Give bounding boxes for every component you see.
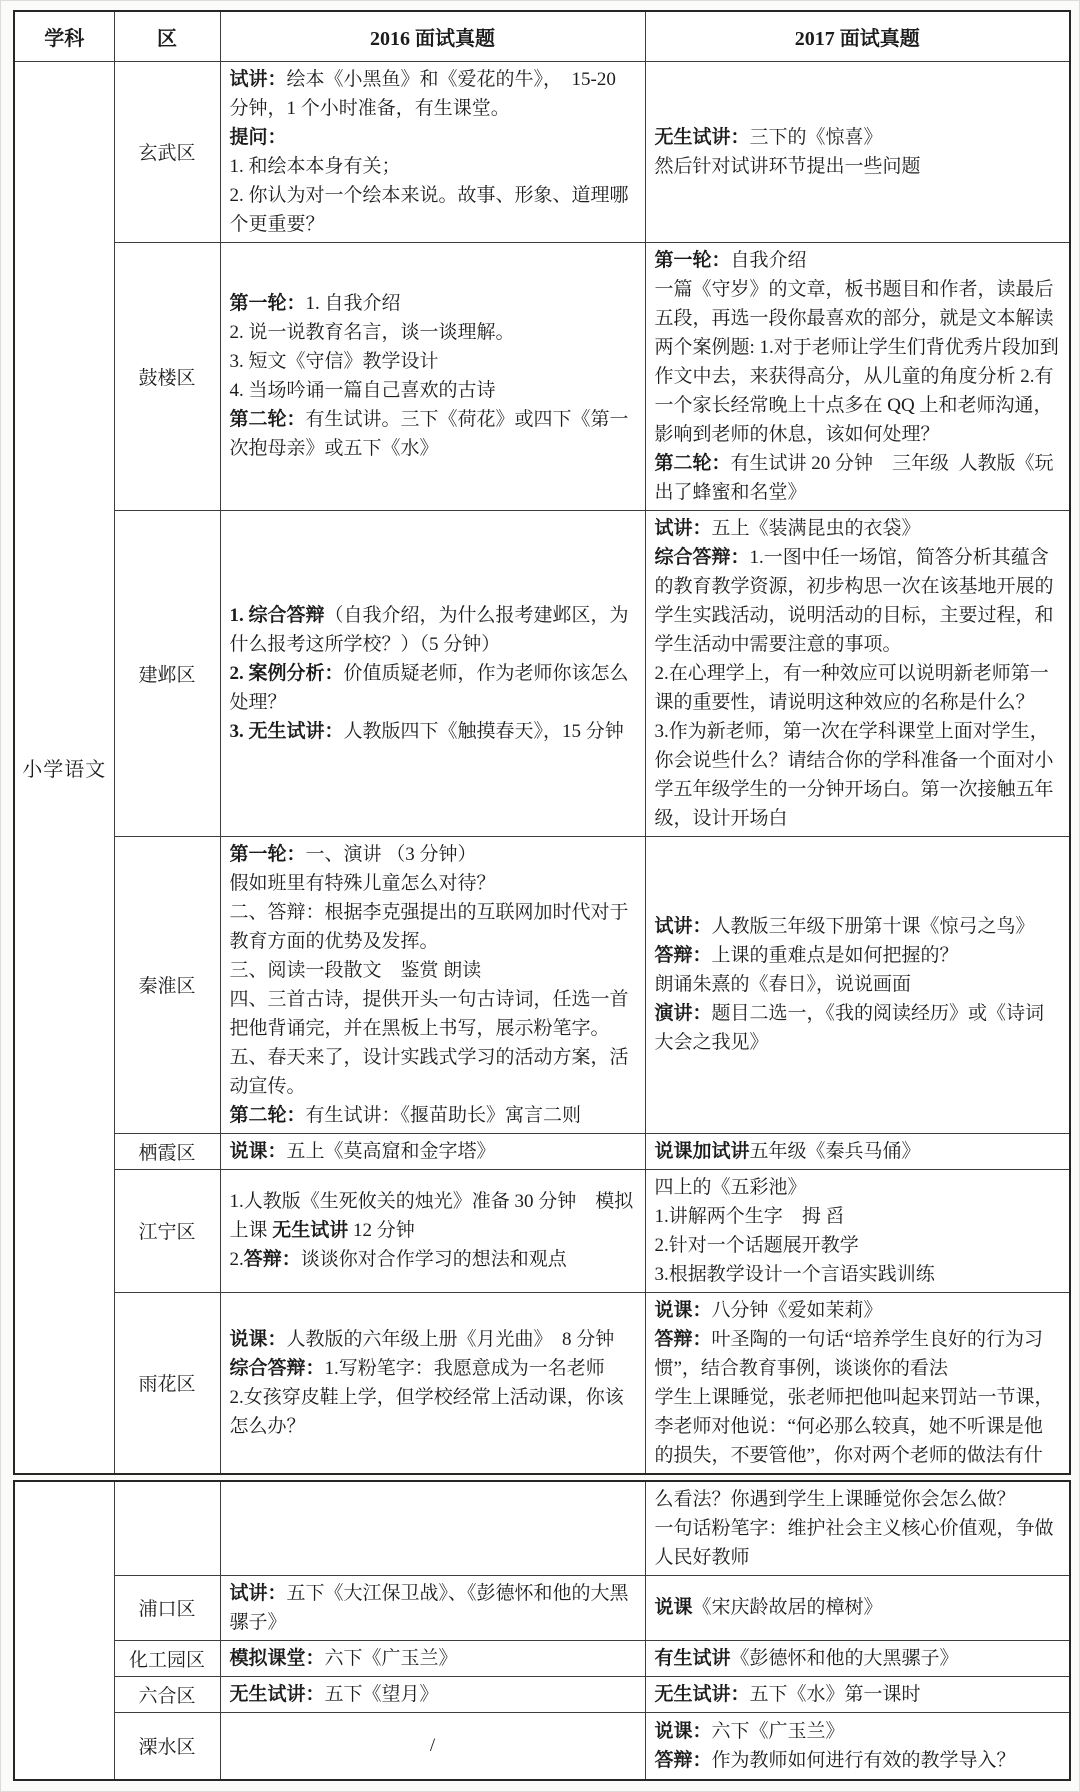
question-text: 五、春天来了，设计实践式学习的活动方案，活动宣传。 xyxy=(230,1047,629,1097)
question-text: 2. 你认为对一个绘本来说。故事、形象、道理哪个更重要？ xyxy=(230,185,629,235)
header-row: 学科 区 2016 面试真题 2017 面试真题 xyxy=(14,11,1070,61)
question-paragraph: 3. 无生试讲：人教版四下《触摸春天》，15 分钟 xyxy=(230,717,636,746)
question-paragraph: 1. 综合答辩（自我介绍，为什么报考建邺区，为什么报考这所学校？）（5 分钟） xyxy=(230,601,636,659)
interview-questions-table-continuation: 么看法？你遇到学生上课睡觉你会怎么做？一句话粉笔字：维护社会主义核心价值观，争做… xyxy=(13,1480,1071,1782)
question-paragraph: 试讲：五下《大江保卫战》、《彭德怀和他的大黑骡子》 xyxy=(230,1579,636,1637)
question-label: 试讲： xyxy=(230,1583,287,1604)
question-text: 六下《广玉兰》 xyxy=(712,1721,845,1742)
question-text: 作为教师如何进行有效的教学导入？ xyxy=(712,1750,1016,1771)
question-label: 答辩： xyxy=(244,1249,301,1270)
question-cell-2017: 说课：六下《广玉兰》答辩：作为教师如何进行有效的教学导入？ xyxy=(645,1712,1070,1780)
question-text: 四上的《五彩池》 xyxy=(655,1177,807,1198)
question-label: 说课： xyxy=(655,1300,712,1321)
question-paragraph: 第二轮：有生试讲：《揠苗助长》寓言二则 xyxy=(230,1101,636,1130)
question-paragraph: 四上的《五彩池》 xyxy=(655,1173,1061,1202)
question-label: 第二轮： xyxy=(655,453,731,474)
question-paragraph: 第一轮：自我介绍 xyxy=(655,246,1061,275)
question-paragraph: 朗诵朱熹的《春日》，说说画面 xyxy=(655,970,1061,999)
question-label: 无生试讲： xyxy=(655,127,750,148)
question-text: 绘本《小黑鱼》和《爱花的牛》， 15-20 分钟，1 个小时准备，有生课堂。 xyxy=(230,69,621,119)
district-cell: 江宁区 xyxy=(114,1169,220,1292)
question-cell-2016: 模拟课堂：六下《广玉兰》 xyxy=(220,1640,645,1676)
question-paragraph: 2.在心理学上，有一种效应可以说明新老师第一课的重要性，请说明这种效应的名称是什… xyxy=(655,659,1061,717)
question-cell-2016: 说课：人教版的六年级上册《月光曲》 8 分钟综合答辩：1.写粉笔字：我愿意成为一… xyxy=(220,1292,645,1474)
question-cell-2016: 无生试讲：五下《望月》 xyxy=(220,1676,645,1712)
question-label: 有生试讲 xyxy=(655,1648,731,1669)
question-paragraph: 综合答辩：1.一图中任一场馆，简答分析其蕴含的教育教学资源，初步构思一次在该基地… xyxy=(655,543,1061,659)
question-text: 五下《望月》 xyxy=(325,1684,439,1705)
question-label: 说课： xyxy=(230,1329,287,1350)
question-paragraph: 说课：八分钟《爱如茉莉》 xyxy=(655,1296,1061,1325)
question-paragraph: 一句话粉笔字：维护社会主义核心价值观，争做人民好教师 xyxy=(655,1514,1061,1572)
question-paragraph: 提问： xyxy=(230,123,636,152)
question-paragraph: 无生试讲：三下的《惊喜》 xyxy=(655,123,1061,152)
question-paragraph: 试讲：人教版三年级下册第十课《惊弓之鸟》 xyxy=(655,912,1061,941)
question-paragraph: 说课：人教版的六年级上册《月光曲》 8 分钟 xyxy=(230,1325,636,1354)
question-paragraph: 2. 案例分析：价值质疑老师，作为老师你该怎么处理？ xyxy=(230,659,636,717)
question-label: 说课 xyxy=(655,1597,693,1618)
question-text: 《彭德怀和他的大黑骡子》 xyxy=(731,1648,959,1669)
question-paragraph: 第一轮：1. 自我介绍 xyxy=(230,289,636,318)
question-text: 有生试讲：《揠苗助长》寓言二则 xyxy=(306,1105,582,1126)
district-cell: 溧水区 xyxy=(114,1712,220,1780)
question-label: 3. 无生试讲： xyxy=(230,721,344,742)
header-2016-questions: 2016 面试真题 xyxy=(220,11,645,61)
question-paragraph: 模拟课堂：六下《广玉兰》 xyxy=(230,1644,636,1673)
question-paragraph: 3.根据教学设计一个言语实践训练 xyxy=(655,1260,1061,1289)
question-paragraph: 演讲：题目二选一，《我的阅读经历》或《诗词大会之我见》 xyxy=(655,999,1061,1057)
question-paragraph: 么看法？你遇到学生上课睡觉你会怎么做？ xyxy=(655,1485,1061,1514)
question-label: 第二轮： xyxy=(230,1105,306,1126)
question-label: 演讲： xyxy=(655,1003,712,1024)
question-paragraph: 综合答辩：1.写粉笔字：我愿意成为一名老师 xyxy=(230,1354,636,1383)
question-paragraph: / xyxy=(230,1731,636,1760)
question-cell-2017: 试讲：人教版三年级下册第十课《惊弓之鸟》答辩：上课的重难点是如何把握的？朗诵朱熹… xyxy=(645,836,1070,1133)
question-paragraph: 学生上课睡觉，张老师把他叫起来罚站一节课，李老师对他说：“何必那么较真，她不听课… xyxy=(655,1383,1061,1470)
question-text: 四、三首古诗，提供开头一句古诗词，任选一首把他背诵完，并在黑板上书写，展示粉笔字… xyxy=(230,989,629,1039)
question-cell-2017: 无生试讲：三下的《惊喜》然后针对试讲环节提出一些问题 xyxy=(645,61,1070,242)
question-label: 第一轮： xyxy=(230,293,306,314)
scanned-document-page: 学科 区 2016 面试真题 2017 面试真题 小学语文玄武区试讲：绘本《小黑… xyxy=(0,0,1080,1792)
table-row: 鼓楼区第一轮：1. 自我介绍2. 说一说教育名言，谈一谈理解。3. 短文《守信》… xyxy=(14,242,1070,510)
question-text: 一篇《守岁》的文章，板书题目和作者，读最后五段，再选一段你最喜欢的部分，就是文本… xyxy=(655,279,1071,445)
question-paragraph: 3.作为新老师，第一次在学科课堂上面对学生，你会说些什么？请结合你的学科准备一个… xyxy=(655,717,1061,833)
question-text: / xyxy=(430,1735,435,1756)
question-paragraph: 2.答辩：谈谈你对合作学习的想法和观点 xyxy=(230,1245,636,1274)
question-paragraph: 一篇《守岁》的文章，板书题目和作者，读最后五段，再选一段你最喜欢的部分，就是文本… xyxy=(655,275,1061,449)
question-text: 三下的《惊喜》 xyxy=(750,127,883,148)
question-text: 1.写粉笔字：我愿意成为一名老师 xyxy=(325,1358,605,1379)
table-row: 么看法？你遇到学生上课睡觉你会怎么做？一句话粉笔字：维护社会主义核心价值观，争做… xyxy=(14,1481,1070,1576)
question-paragraph: 试讲：绘本《小黑鱼》和《爱花的牛》， 15-20 分钟，1 个小时准备，有生课堂… xyxy=(230,65,636,123)
question-text: 12 分钟 xyxy=(348,1220,415,1241)
table-row: 栖霞区说课：五上《莫高窟和金字塔》说课加试讲五年级《秦兵马俑》 xyxy=(14,1133,1070,1169)
question-label: 综合答辩： xyxy=(655,547,750,568)
question-paragraph: 第二轮：有生试讲。三下《荷花》或四下《第一次抱母亲》或五下《水》 xyxy=(230,405,636,463)
table-row: 浦口区试讲：五下《大江保卫战》、《彭德怀和他的大黑骡子》说课《宋庆龄故居的樟树》 xyxy=(14,1575,1070,1640)
question-text: 五下《大江保卫战》、《彭德怀和他的大黑骡子》 xyxy=(230,1583,629,1633)
question-label: 第二轮： xyxy=(230,409,306,430)
question-cell-2016: 试讲：五下《大江保卫战》、《彭德怀和他的大黑骡子》 xyxy=(220,1575,645,1640)
question-paragraph: 三、阅读一段散文 鉴赏 朗读 xyxy=(230,956,636,985)
question-paragraph: 4. 当场吟诵一篇自己喜欢的古诗 xyxy=(230,376,636,405)
question-label: 试讲： xyxy=(655,916,712,937)
question-label: 试讲： xyxy=(230,69,287,90)
question-paragraph: 答辩：作为教师如何进行有效的教学导入？ xyxy=(655,1746,1061,1775)
question-text: 2. xyxy=(230,1249,244,1270)
question-paragraph: 1.讲解两个生字 拇 舀 xyxy=(655,1202,1061,1231)
question-text: 二、答辩：根据李克强提出的互联网加时代对于教育方面的优势及发挥。 xyxy=(230,902,629,952)
question-cell-2017: 四上的《五彩池》1.讲解两个生字 拇 舀2.针对一个话题展开教学3.根据教学设计… xyxy=(645,1169,1070,1292)
table-row: 化工园区模拟课堂：六下《广玉兰》有生试讲《彭德怀和他的大黑骡子》 xyxy=(14,1640,1070,1676)
question-cell-2017: 第一轮：自我介绍一篇《守岁》的文章，板书题目和作者，读最后五段，再选一段你最喜欢… xyxy=(645,242,1070,510)
question-text: 然后针对试讲环节提出一些问题 xyxy=(655,156,921,177)
question-cell-2016: 第一轮：1. 自我介绍2. 说一说教育名言，谈一谈理解。3. 短文《守信》教学设… xyxy=(220,242,645,510)
question-paragraph: 3. 短文《守信》教学设计 xyxy=(230,347,636,376)
table-row: 建邺区1. 综合答辩（自我介绍，为什么报考建邺区，为什么报考这所学校？）（5 分… xyxy=(14,510,1070,836)
question-cell-2017: 说课加试讲五年级《秦兵马俑》 xyxy=(645,1133,1070,1169)
question-text: 朗诵朱熹的《春日》，说说画面 xyxy=(655,974,912,995)
question-text: 五上《莫高窟和金字塔》 xyxy=(287,1141,496,1162)
question-text: 3. 短文《守信》教学设计 xyxy=(230,351,439,372)
question-label: 1. 综合答辩 xyxy=(230,605,325,626)
question-text: 一、演讲 （3 分钟） xyxy=(306,844,477,865)
question-paragraph: 无生试讲：五下《水》第一课时 xyxy=(655,1680,1061,1709)
table-header: 学科 区 2016 面试真题 2017 面试真题 xyxy=(14,11,1070,61)
question-text: 学生上课睡觉，张老师把他叫起来罚站一节课，李老师对他说：“何必那么较真，她不听课… xyxy=(655,1387,1054,1466)
question-text: 假如班里有特殊儿童怎么对待？ xyxy=(230,873,496,894)
question-text: 2.针对一个话题展开教学 xyxy=(655,1235,859,1256)
question-text: 六下《广玉兰》 xyxy=(325,1648,458,1669)
question-paragraph: 二、答辩：根据李克强提出的互联网加时代对于教育方面的优势及发挥。 xyxy=(230,898,636,956)
question-paragraph: 第一轮：一、演讲 （3 分钟） xyxy=(230,840,636,869)
question-text: 五年级《秦兵马俑》 xyxy=(750,1141,921,1162)
question-label: 答辩： xyxy=(655,1750,712,1771)
question-paragraph: 说课：六下《广玉兰》 xyxy=(655,1717,1061,1746)
question-paragraph: 无生试讲：五下《望月》 xyxy=(230,1680,636,1709)
question-text: 1. 和绘本本身有关； xyxy=(230,156,401,177)
question-paragraph: 有生试讲《彭德怀和他的大黑骡子》 xyxy=(655,1644,1061,1673)
question-text: 一句话粉笔字：维护社会主义核心价值观，争做人民好教师 xyxy=(655,1518,1054,1568)
question-text: 叶圣陶的一句话“培养学生良好的行为习惯”，结合教育事例，谈谈你的看法 xyxy=(655,1329,1043,1379)
district-cell: 雨花区 xyxy=(114,1292,220,1474)
table-body-primary: 小学语文玄武区试讲：绘本《小黑鱼》和《爱花的牛》， 15-20 分钟，1 个小时… xyxy=(14,61,1070,1474)
header-district: 区 xyxy=(114,11,220,61)
question-cell-2017: 试讲：五上《装满昆虫的衣袋》综合答辩：1.一图中任一场馆，简答分析其蕴含的教育教… xyxy=(645,510,1070,836)
question-label: 说课： xyxy=(655,1721,712,1742)
question-label: 无生试讲 xyxy=(272,1220,348,1241)
question-text: 2.女孩穿皮鞋上学，但学校经常上活动课，你该怎么办？ xyxy=(230,1387,624,1437)
question-label: 无生试讲： xyxy=(230,1684,325,1705)
district-cell: 建邺区 xyxy=(114,510,220,836)
question-paragraph: 2. 说一说教育名言，谈一谈理解。 xyxy=(230,318,636,347)
district-cell: 秦淮区 xyxy=(114,836,220,1133)
question-cell-2017: 说课：八分钟《爱如茉莉》答辩：叶圣陶的一句话“培养学生良好的行为习惯”，结合教育… xyxy=(645,1292,1070,1474)
question-text: 八分钟《爱如茉莉》 xyxy=(712,1300,883,1321)
question-paragraph: 说课加试讲五年级《秦兵马俑》 xyxy=(655,1137,1061,1166)
question-paragraph: 第二轮：有生试讲 20 分钟 三年级 人教版《玩出了蜂蜜和名堂》 xyxy=(655,449,1061,507)
question-paragraph: 假如班里有特殊儿童怎么对待？ xyxy=(230,869,636,898)
question-text: 么看法？你遇到学生上课睡觉你会怎么做？ xyxy=(655,1489,1016,1510)
question-text: 1.讲解两个生字 拇 舀 xyxy=(655,1206,845,1227)
district-cell: 玄武区 xyxy=(114,61,220,242)
question-paragraph: 1. 和绘本本身有关； xyxy=(230,152,636,181)
question-label: 答辩： xyxy=(655,945,712,966)
question-text: 3.根据教学设计一个言语实践训练 xyxy=(655,1264,935,1285)
table-row: 江宁区1.人教版《生死攸关的烛光》准备 30 分钟 模拟上课 无生试讲 12 分… xyxy=(14,1169,1070,1292)
table-row: 小学语文玄武区试讲：绘本《小黑鱼》和《爱花的牛》， 15-20 分钟，1 个小时… xyxy=(14,61,1070,242)
table-row: 六合区无生试讲：五下《望月》无生试讲：五下《水》第一课时 xyxy=(14,1676,1070,1712)
question-cell-2017: 说课《宋庆龄故居的樟树》 xyxy=(645,1575,1070,1640)
question-label: 综合答辩： xyxy=(230,1358,325,1379)
interview-questions-table: 学科 区 2016 面试真题 2017 面试真题 小学语文玄武区试讲：绘本《小黑… xyxy=(13,10,1071,1475)
question-cell-2017: 有生试讲《彭德怀和他的大黑骡子》 xyxy=(645,1640,1070,1676)
question-label: 说课加试讲 xyxy=(655,1141,750,1162)
question-text: 题目二选一，《我的阅读经历》或《诗词大会之我见》 xyxy=(655,1003,1045,1053)
question-text: 4. 当场吟诵一篇自己喜欢的古诗 xyxy=(230,380,496,401)
question-paragraph: 试讲：五上《装满昆虫的衣袋》 xyxy=(655,514,1061,543)
question-cell-2016: 第一轮：一、演讲 （3 分钟）假如班里有特殊儿童怎么对待？二、答辩：根据李克强提… xyxy=(220,836,645,1133)
header-subject: 学科 xyxy=(14,11,114,61)
district-cell: 化工园区 xyxy=(114,1640,220,1676)
question-paragraph: 四、三首古诗，提供开头一句古诗词，任选一首把他背诵完，并在黑板上书写，展示粉笔字… xyxy=(230,985,636,1043)
question-cell-2016: / xyxy=(220,1712,645,1780)
question-text: 谈谈你对合作学习的想法和观点 xyxy=(301,1249,567,1270)
question-label: 说课： xyxy=(230,1141,287,1162)
district-cell: 栖霞区 xyxy=(114,1133,220,1169)
table-row: 秦淮区第一轮：一、演讲 （3 分钟）假如班里有特殊儿童怎么对待？二、答辩：根据李… xyxy=(14,836,1070,1133)
question-paragraph: 答辩：叶圣陶的一句话“培养学生良好的行为习惯”，结合教育事例，谈谈你的看法 xyxy=(655,1325,1061,1383)
question-cell-2016: 1.人教版《生死攸关的烛光》准备 30 分钟 模拟上课 无生试讲 12 分钟2.… xyxy=(220,1169,645,1292)
question-paragraph: 2.女孩穿皮鞋上学，但学校经常上活动课，你该怎么办？ xyxy=(230,1383,636,1441)
question-text: 人教版三年级下册第十课《惊弓之鸟》 xyxy=(712,916,1035,937)
question-text: 人教版四下《触摸春天》，15 分钟 xyxy=(344,721,624,742)
question-paragraph: 说课：五上《莫高窟和金字塔》 xyxy=(230,1137,636,1166)
question-text: 人教版的六年级上册《月光曲》 8 分钟 xyxy=(287,1329,615,1350)
question-label: 提问： xyxy=(230,127,287,148)
question-text: 1. 自我介绍 xyxy=(306,293,401,314)
question-text: 自我介绍 xyxy=(731,250,807,271)
question-label: 无生试讲： xyxy=(655,1684,750,1705)
question-label: 2. 案例分析： xyxy=(230,663,344,684)
question-paragraph: 五、春天来了，设计实践式学习的活动方案，活动宣传。 xyxy=(230,1043,636,1101)
question-paragraph: 然后针对试讲环节提出一些问题 xyxy=(655,152,1061,181)
question-text: 五下《水》第一课时 xyxy=(750,1684,921,1705)
question-paragraph: 2. 你认为对一个绘本来说。故事、形象、道理哪个更重要？ xyxy=(230,181,636,239)
question-paragraph: 2.针对一个话题展开教学 xyxy=(655,1231,1061,1260)
question-cell-2017: 么看法？你遇到学生上课睡觉你会怎么做？一句话粉笔字：维护社会主义核心价值观，争做… xyxy=(645,1481,1070,1576)
table-row: 雨花区说课：人教版的六年级上册《月光曲》 8 分钟综合答辩：1.写粉笔字：我愿意… xyxy=(14,1292,1070,1474)
district-cell: 六合区 xyxy=(114,1676,220,1712)
district-cell xyxy=(114,1481,220,1576)
district-cell: 鼓楼区 xyxy=(114,242,220,510)
question-text: 三、阅读一段散文 鉴赏 朗读 xyxy=(230,960,482,981)
question-text: 《宋庆龄故居的樟树》 xyxy=(693,1597,883,1618)
question-cell-2016: 1. 综合答辩（自我介绍，为什么报考建邺区，为什么报考这所学校？）（5 分钟）2… xyxy=(220,510,645,836)
question-text: 3.作为新老师，第一次在学科课堂上面对学生，你会说些什么？请结合你的学科准备一个… xyxy=(655,721,1054,829)
question-paragraph: 1.人教版《生死攸关的烛光》准备 30 分钟 模拟上课 无生试讲 12 分钟 xyxy=(230,1187,636,1245)
district-cell: 浦口区 xyxy=(114,1575,220,1640)
question-cell-2016 xyxy=(220,1481,645,1576)
question-label: 第一轮： xyxy=(655,250,731,271)
question-text: 2.在心理学上，有一种效应可以说明新老师第一课的重要性，请说明这种效应的名称是什… xyxy=(655,663,1049,713)
question-text: 五上《装满昆虫的衣袋》 xyxy=(712,518,921,539)
question-label: 模拟课堂： xyxy=(230,1648,325,1669)
header-2017-questions: 2017 面试真题 xyxy=(645,11,1070,61)
question-cell-2017: 无生试讲：五下《水》第一课时 xyxy=(645,1676,1070,1712)
question-cell-2016: 说课：五上《莫高窟和金字塔》 xyxy=(220,1133,645,1169)
question-label: 试讲： xyxy=(655,518,712,539)
question-paragraph: 答辩：上课的重难点是如何把握的？ xyxy=(655,941,1061,970)
question-label: 答辩： xyxy=(655,1329,712,1350)
question-cell-2016: 试讲：绘本《小黑鱼》和《爱花的牛》， 15-20 分钟，1 个小时准备，有生课堂… xyxy=(220,61,645,242)
question-label: 第一轮： xyxy=(230,844,306,865)
question-text: 2. 说一说教育名言，谈一谈理解。 xyxy=(230,322,515,343)
question-paragraph: 说课《宋庆龄故居的樟树》 xyxy=(655,1593,1061,1622)
subject-cell xyxy=(14,1481,114,1781)
question-text: 上课的重难点是如何把握的？ xyxy=(712,945,959,966)
subject-cell: 小学语文 xyxy=(14,61,114,1474)
table-body-continuation: 么看法？你遇到学生上课睡觉你会怎么做？一句话粉笔字：维护社会主义核心价值观，争做… xyxy=(14,1481,1070,1781)
table-row: 溧水区/说课：六下《广玉兰》答辩：作为教师如何进行有效的教学导入？ xyxy=(14,1712,1070,1780)
